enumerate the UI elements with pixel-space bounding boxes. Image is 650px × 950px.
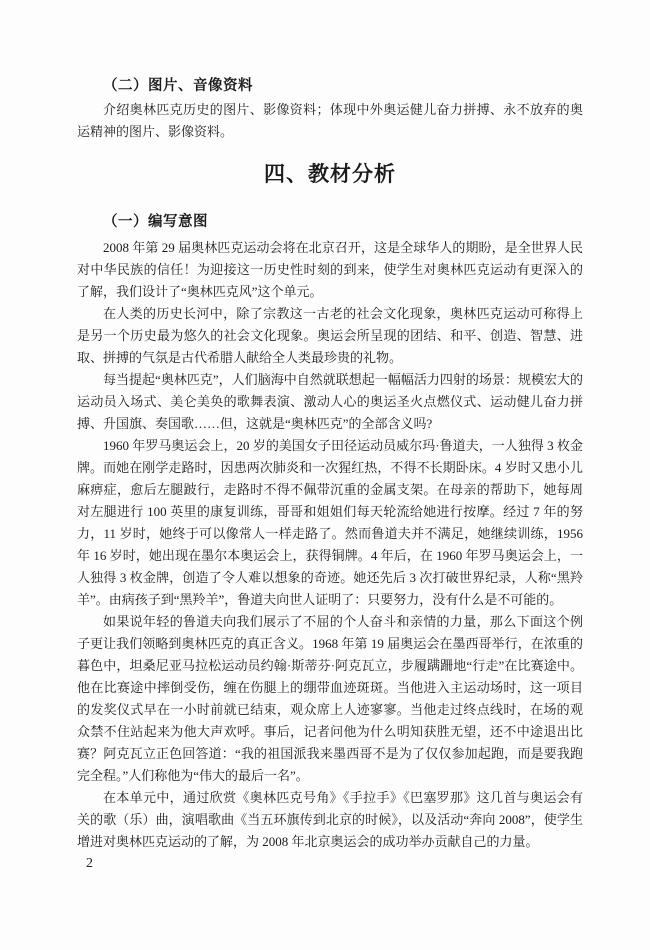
paragraph-intent-4: 1960 年罗马奥运会上，20 岁的美国女子田径运动员威尔玛·鲁道夫，一人独得 … [77,435,583,611]
page-number: 2 [86,855,93,873]
section-heading-intent: （一）编写意图 [77,211,583,233]
paragraph-intent-6: 在本单元中，通过欣赏《奥林匹克号角》《手拉手》《巴塞罗那》这几首与奥运会有关的歌… [77,787,583,853]
section-heading-resources: （二）图片、音像资料 [77,75,583,97]
paragraph-intent-5: 如果说年轻的鲁道夫向我们展示了不屈的个人奋斗和亲情的力量，那么下面这个例子更让我… [77,611,583,787]
document-page: （二）图片、音像资料 介绍奥林匹克历史的图片、影像资料；体现中外奥运健儿奋力拼搏… [0,0,650,950]
paragraph-intent-3: 每当提起“奥林匹克”，人们脑海中自然就联想起一幅幅活力四射的场景：规模宏大的运动… [77,369,583,435]
chapter-title: 四、教材分析 [77,160,583,190]
paragraph-resources: 介绍奥林匹克历史的图片、影像资料；体现中外奥运健儿奋力拼搏、永不放弃的奥运精神的… [77,99,583,143]
page-content: （二）图片、音像资料 介绍奥林匹克历史的图片、影像资料；体现中外奥运健儿奋力拼搏… [77,75,583,853]
paragraph-intent-1: 2008 年第 29 届奥林匹克运动会将在北京召开，这是全球华人的期盼，是全世界… [77,237,583,303]
paragraph-intent-2: 在人类的历史长河中，除了宗教这一古老的社会文化现象，奥林匹克运动可称得上是另一个… [77,303,583,369]
